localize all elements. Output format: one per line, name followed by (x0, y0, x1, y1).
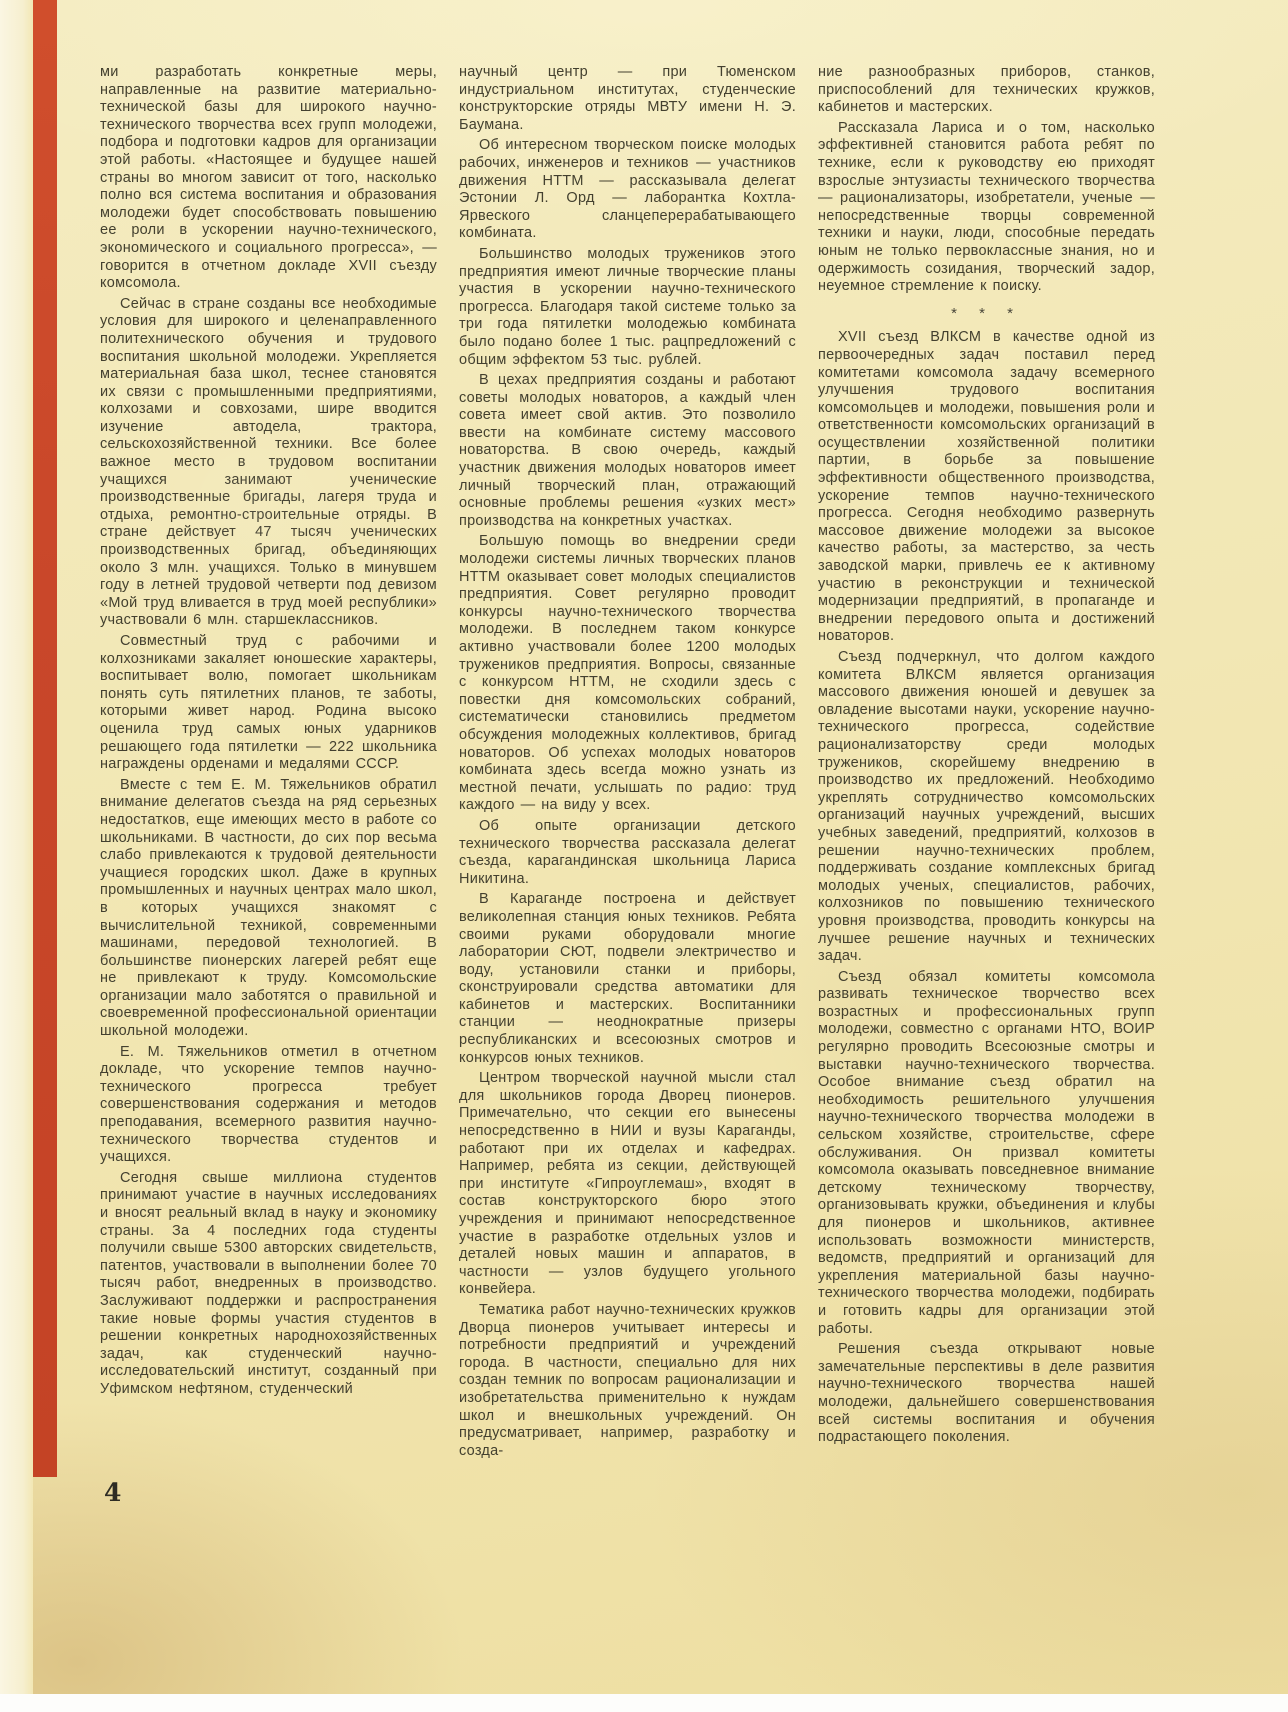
article-body: ми разработать конкретные меры, направле… (100, 64, 1156, 1463)
section-separator: * * * (818, 305, 1155, 323)
paragraph: Центром творческой научной мысли стал дл… (459, 1070, 796, 1299)
paragraph: В цехах предприятия созданы и работают с… (459, 372, 796, 530)
paragraph: Сейчас в стране созданы все необходимые … (100, 296, 437, 630)
paragraph: научный центр — при Тюменском индустриал… (459, 64, 796, 134)
paragraph: Съезд подчеркнул, что долгом каждого ком… (818, 649, 1155, 966)
paragraph: ми разработать конкретные меры, направле… (100, 64, 437, 293)
paragraph: Решения съезда открывают новые замечател… (818, 1341, 1155, 1447)
paragraph: XVII съезд ВЛКСМ в качестве одной из пер… (818, 329, 1155, 646)
paragraph: Рассказала Лариса и о том, насколько эфф… (818, 120, 1155, 296)
paragraph: Тематика работ научно-технических кружко… (459, 1302, 796, 1460)
paragraph: В Караганде построена и действует велико… (459, 891, 796, 1067)
text-column-1: ми разработать конкретные меры, направле… (100, 64, 437, 1463)
scan-edge-left (0, 0, 33, 1696)
paragraph: Большинство молодых тружеников этого пре… (459, 246, 796, 369)
margin-accent-stripe (33, 0, 57, 1477)
paragraph: Об опыте организации детского техническо… (459, 818, 796, 888)
paragraph: Об интересном творческом поиске молодых … (459, 137, 796, 243)
page-number: 4 (104, 1478, 121, 1507)
scan-edge-bottom (0, 1694, 1288, 1712)
paragraph: Совместный труд с рабочими и колхозникам… (100, 633, 437, 774)
paragraph: Вместе с тем Е. М. Тяжельников обратил в… (100, 777, 437, 1041)
text-column-2: научный центр — при Тюменском индустриал… (459, 64, 796, 1463)
paragraph: Сегодня свыше миллиона студентов принима… (100, 1170, 437, 1399)
paragraph: Съезд обязал комитеты комсомола развиват… (818, 969, 1155, 1338)
paragraph: Большую помощь во внедрении среди молоде… (459, 533, 796, 815)
paragraph: ние разнообразных приборов, станков, при… (818, 64, 1155, 117)
text-column-3: ние разнообразных приборов, станков, при… (818, 64, 1155, 1463)
magazine-page: ми разработать конкретные меры, направле… (0, 0, 1288, 1696)
paragraph: Е. М. Тяжельников отметил в отчетном док… (100, 1044, 437, 1167)
